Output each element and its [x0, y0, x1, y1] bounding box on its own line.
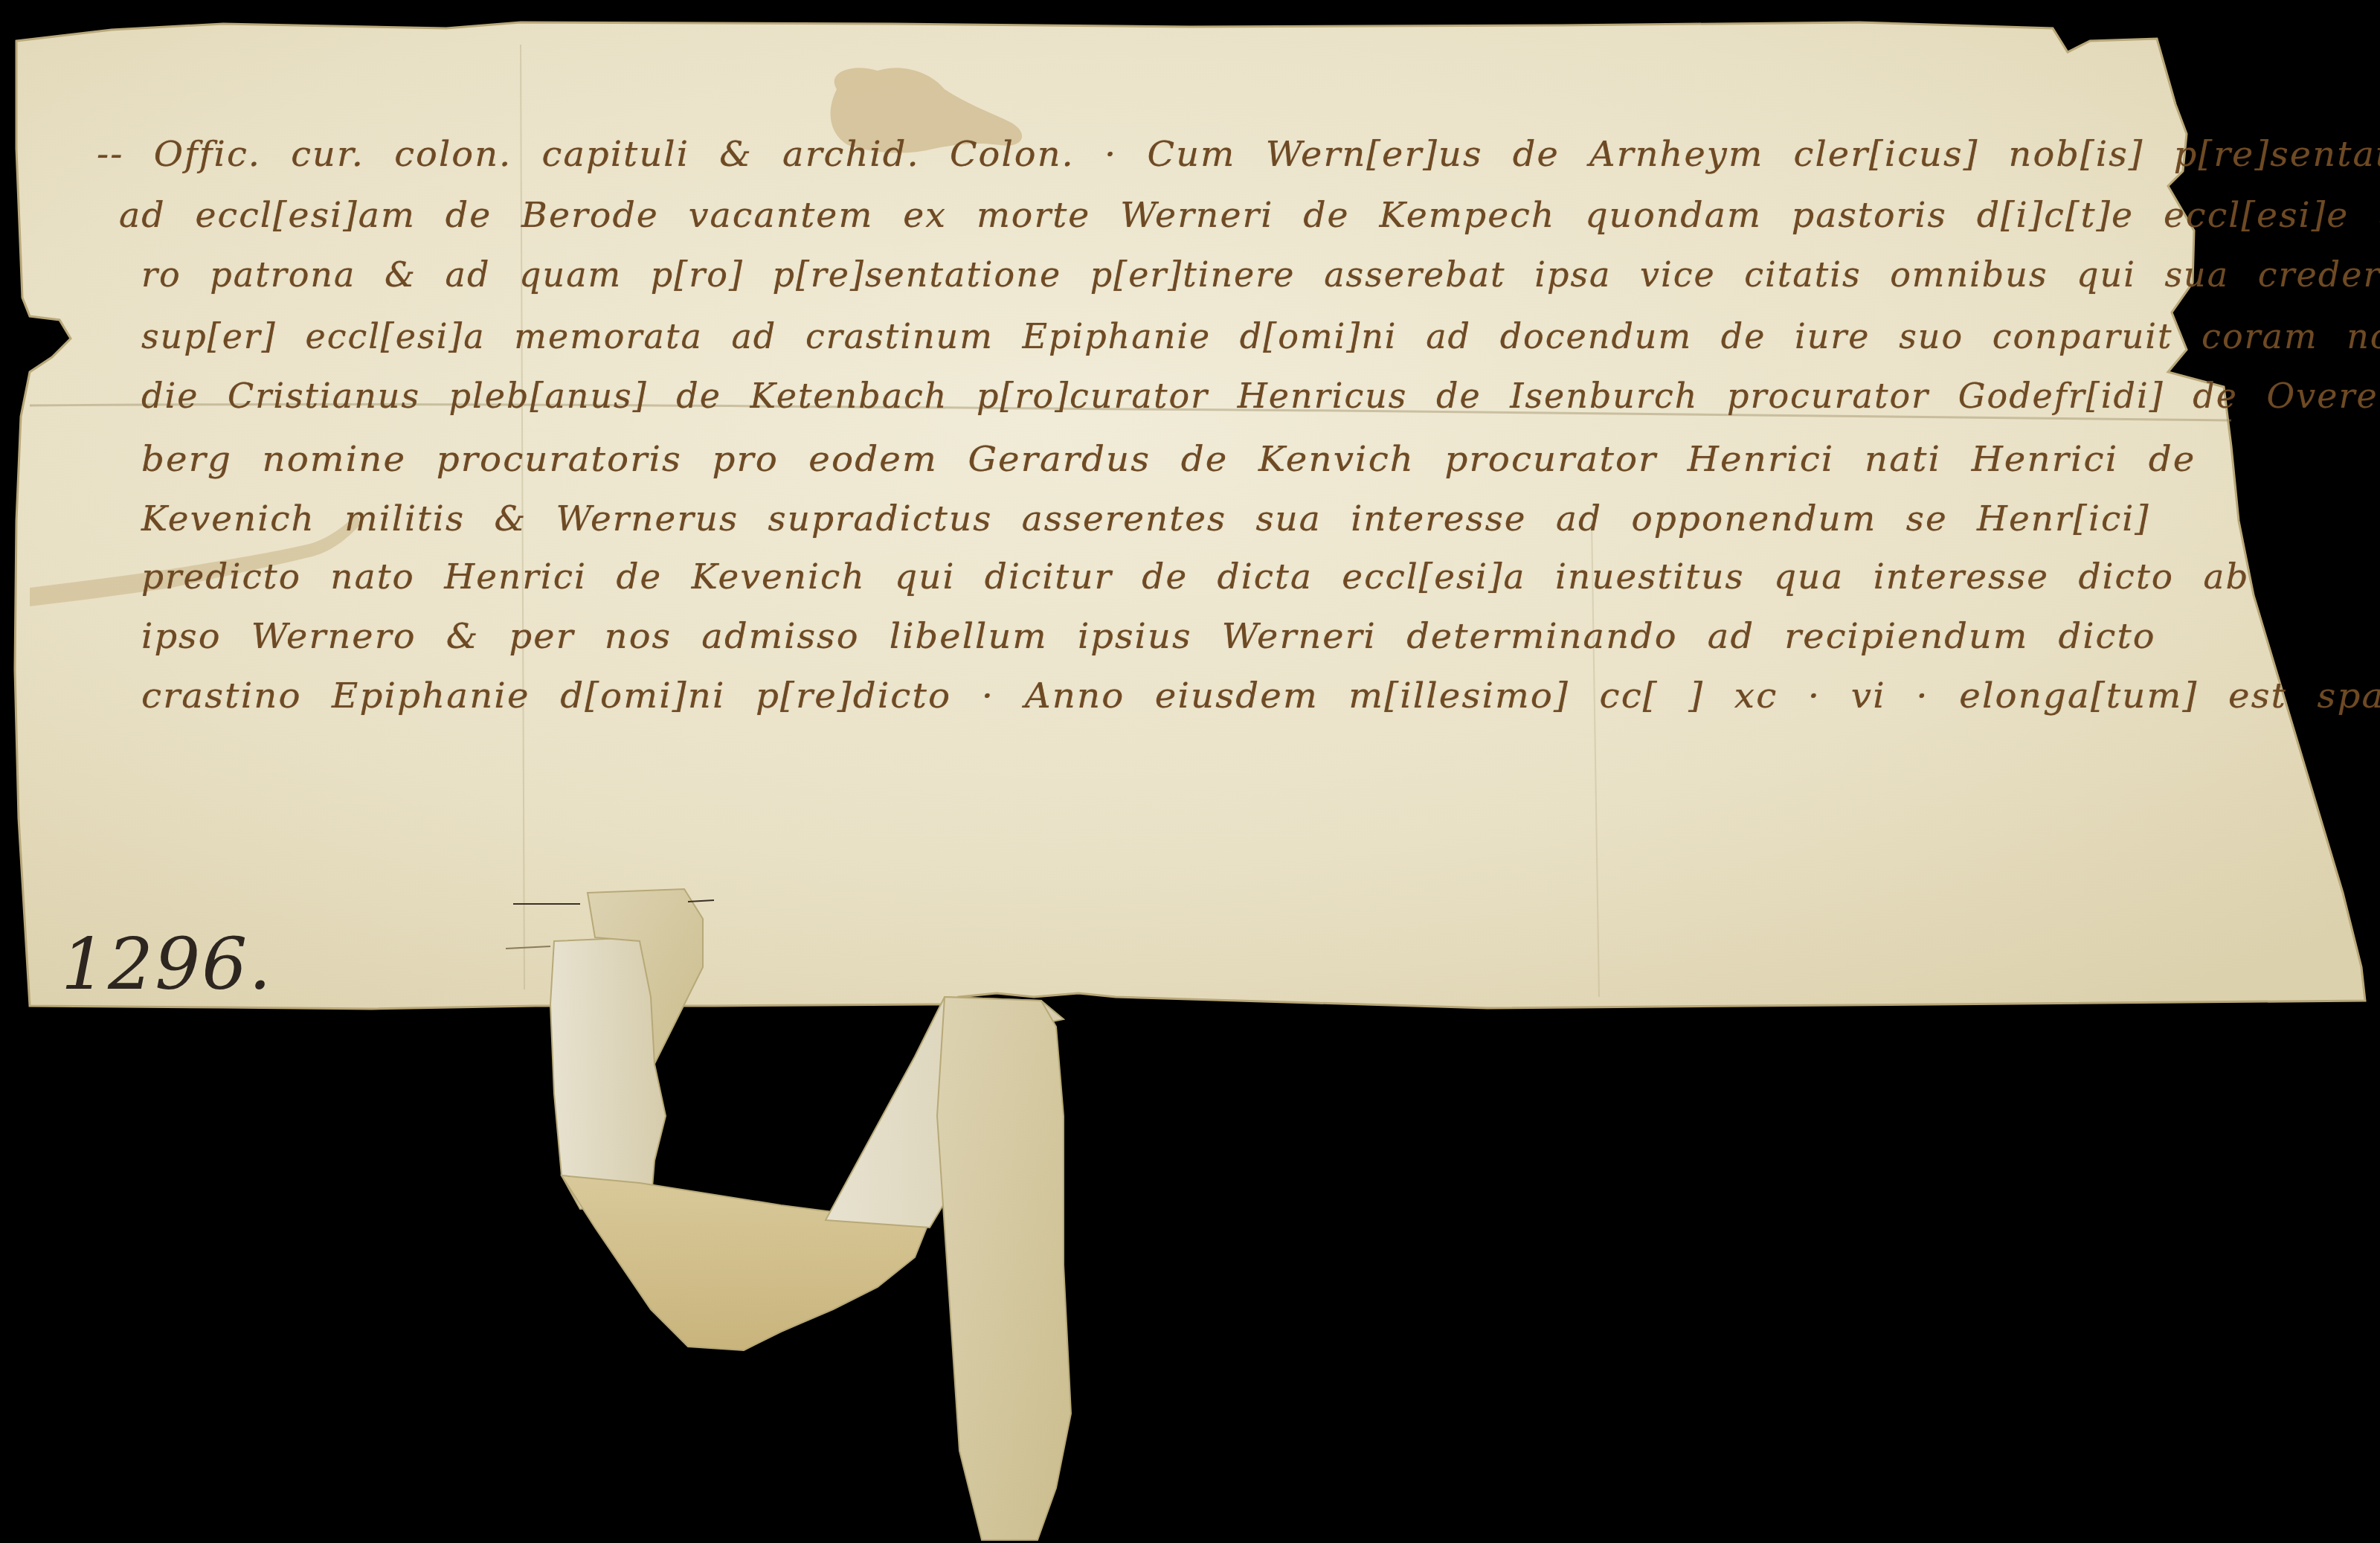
text-line-9: ipso Wernero & per nos admisso libellum … [141, 616, 2156, 656]
archival-date-note: 1296. [61, 923, 273, 1006]
text-line-3: ro patrona & ad quam p[ro] p[re]sentatio… [141, 254, 2380, 295]
text-line-1: -- Offic. cur. colon. capituli & archid.… [97, 134, 2380, 174]
text-line-5: die Cristianus pleb[anus] de Ketenbach p… [141, 376, 2380, 416]
text-line-4: sup[er] eccl[esi]a memorata ad crastinum… [141, 316, 2380, 356]
text-line-8: predicto nato Henrici de Kevenich qui di… [141, 556, 2250, 597]
scan-background: -- Offic. cur. colon. capituli & archid.… [0, 0, 2380, 1543]
text-line-7: Kevenich militis & Wernerus supradictus … [141, 498, 2150, 539]
text-line-6: berg nomine procuratoris pro eodem Gerar… [141, 439, 2196, 479]
text-line-10: crastino Epiphanie d[omi]ni p[re]dicto ·… [141, 676, 2380, 716]
charter-text: -- Offic. cur. colon. capituli & archid.… [0, 0, 2380, 1042]
text-line-2: ad eccl[esi]am de Berode vacantem ex mor… [119, 195, 2380, 235]
